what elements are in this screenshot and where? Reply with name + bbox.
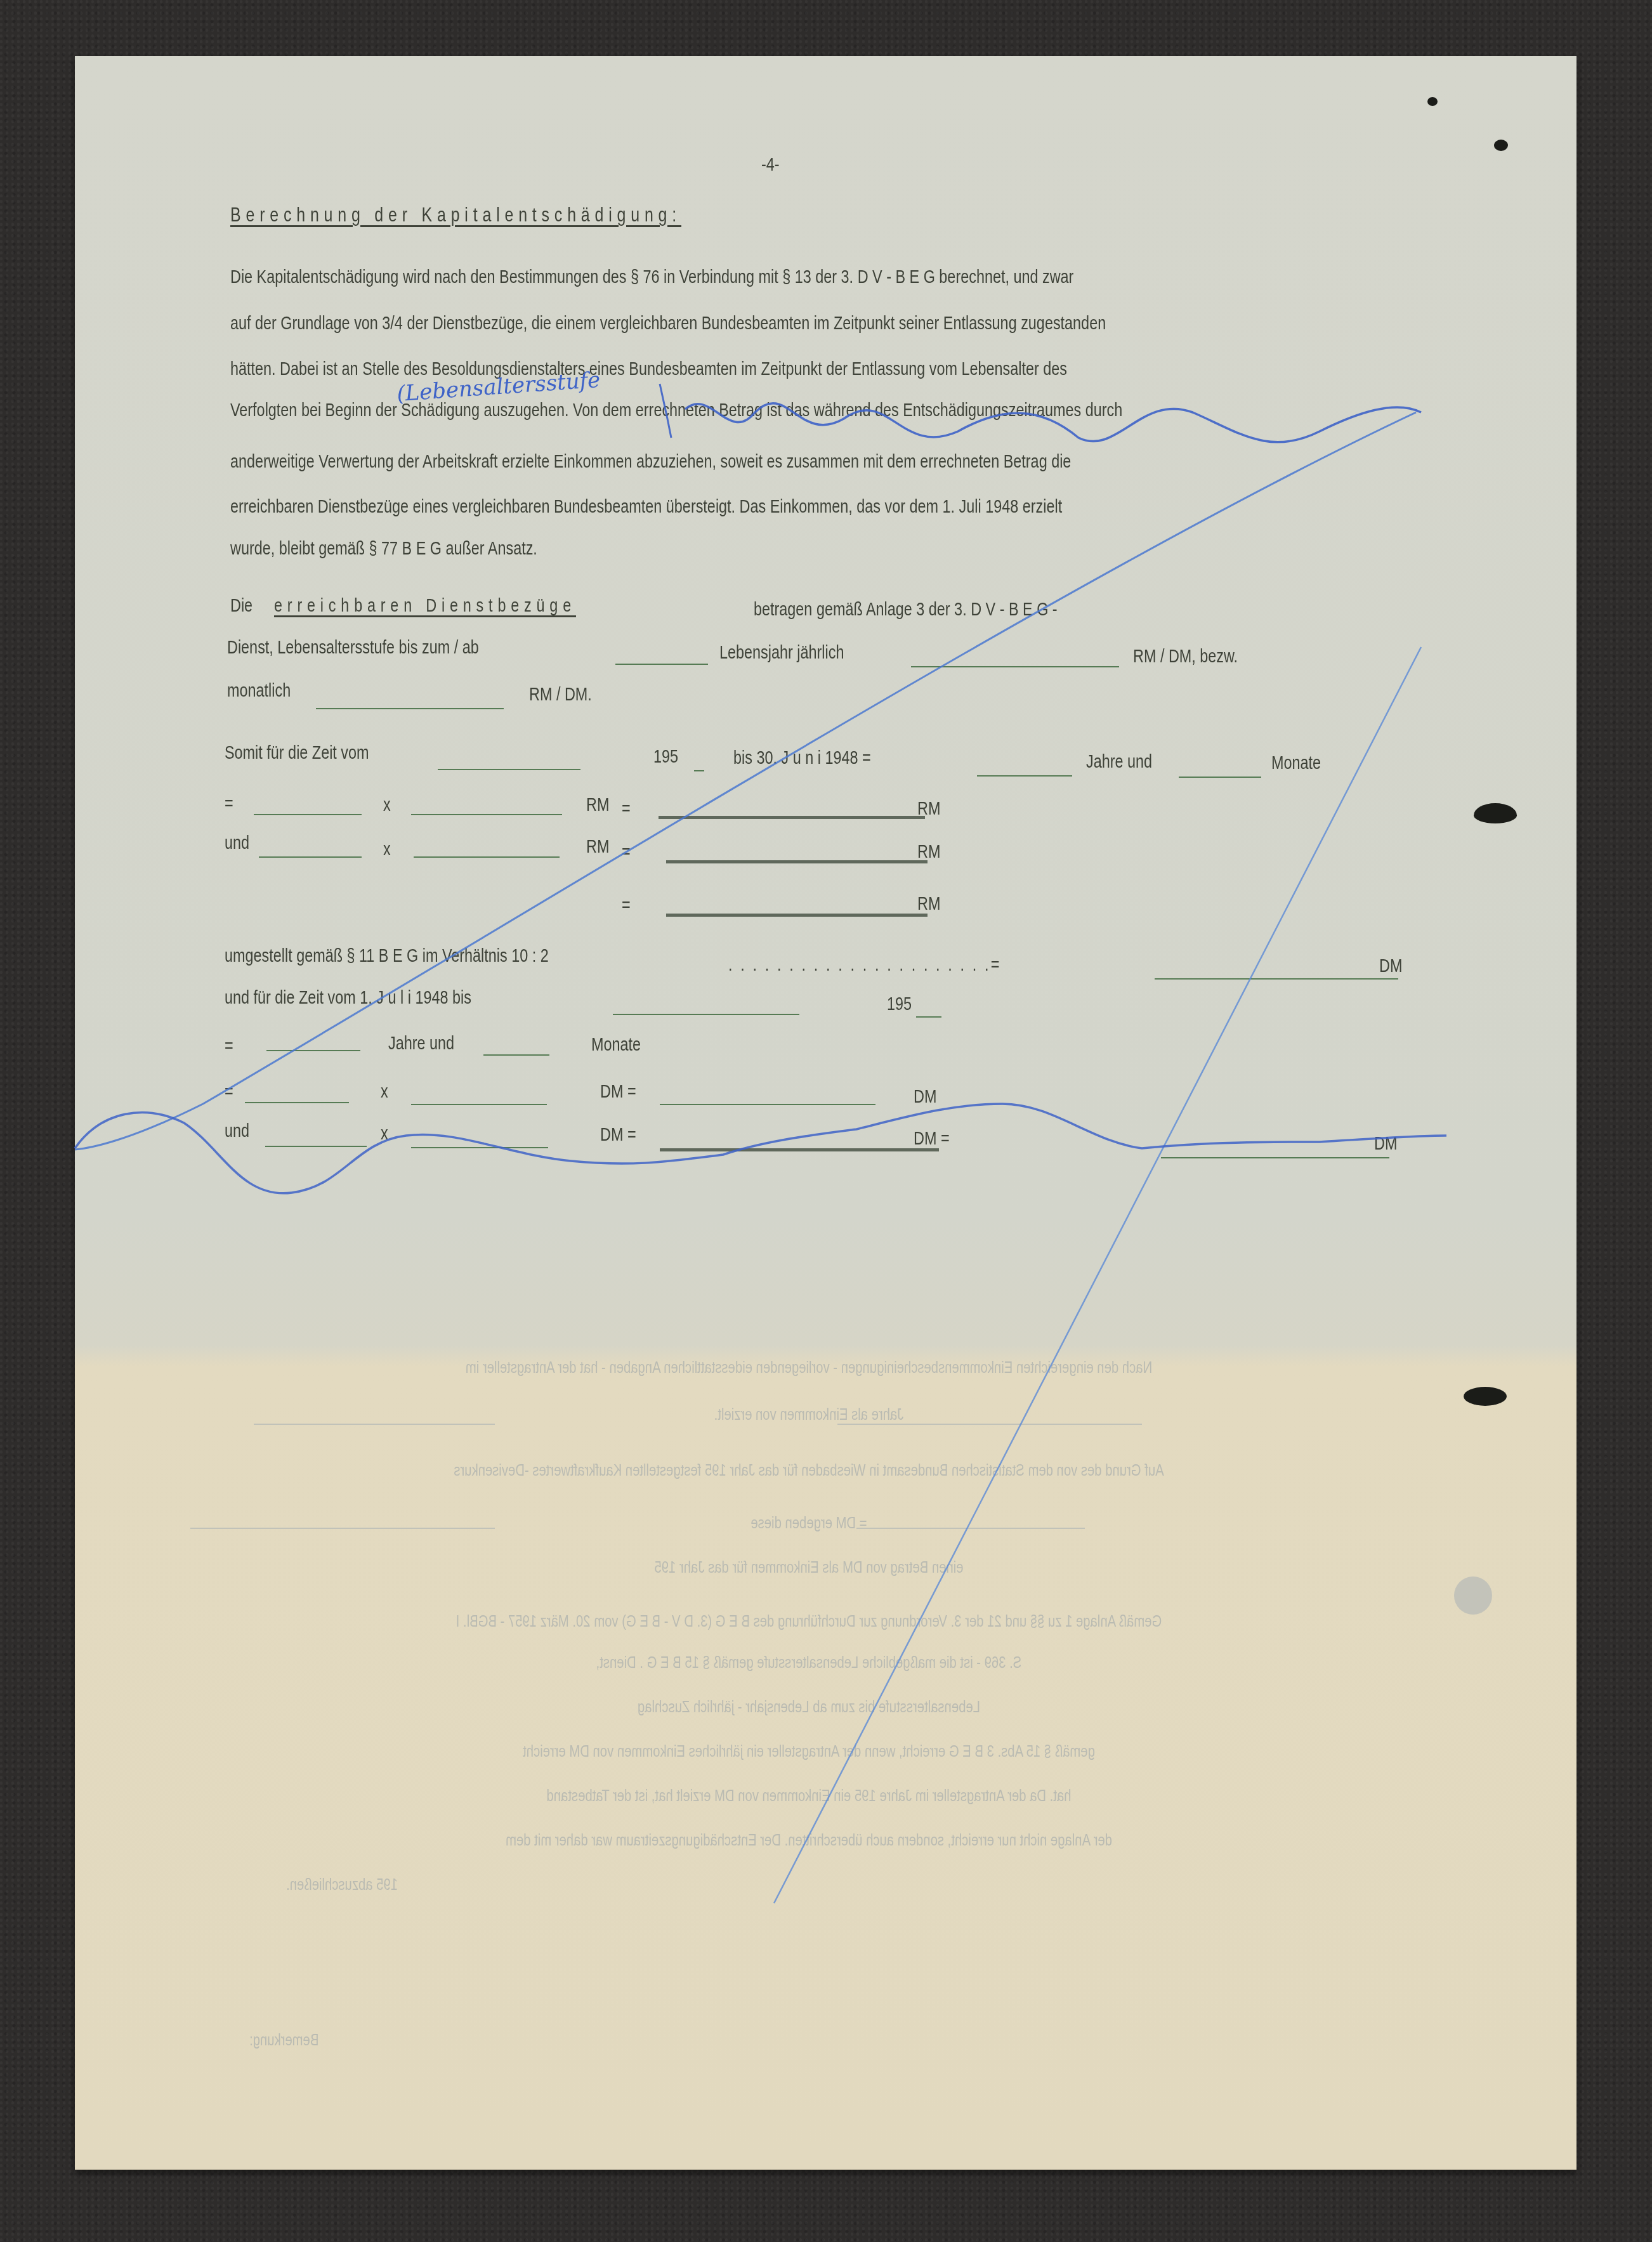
- bleed-through-line: 195 abzuschließen.: [249, 1875, 398, 1894]
- p2r1-times: x: [381, 1081, 388, 1103]
- period2-months-label: Monate: [591, 1034, 641, 1056]
- p2r2-rate-field[interactable]: [411, 1147, 548, 1148]
- p1r3-total-field[interactable]: [666, 914, 928, 917]
- period1-months-field[interactable]: [1179, 777, 1261, 778]
- p2r2-times: x: [381, 1123, 388, 1144]
- bleed-through-line: Lebensaltersstufe bis zum ab Lebensjahr …: [356, 1697, 1261, 1717]
- paragraph-line: anderweitige Verwertung der Arbeitskraft…: [230, 451, 1071, 473]
- period2-months-field[interactable]: [483, 1054, 549, 1056]
- annual-unit-label: RM / DM, bezw.: [1133, 646, 1238, 667]
- bleed-through-label: Bemerkung:: [240, 2030, 319, 2050]
- conversion-text: umgestellt gemäß § 11 B E G im Verhältni…: [225, 945, 549, 967]
- lebensjahr-label: Lebensjahr jährlich: [719, 642, 844, 664]
- period2-end-date-field[interactable]: [613, 1014, 799, 1015]
- p1r2-rm2: RM: [917, 841, 940, 863]
- bleed-through-rule: [254, 1424, 495, 1425]
- bleed-through-line: der Anlage nicht nur erreicht, sondern a…: [356, 1830, 1261, 1850]
- p2r1-dm: DM =: [600, 1081, 636, 1103]
- period1-years-field[interactable]: [977, 775, 1072, 777]
- dienstbezuege-suffix: betragen gemäß Anlage 3 der 3. D V - B E…: [754, 599, 1058, 620]
- p2r1-result-field[interactable]: [660, 1104, 875, 1105]
- punch-hole-bottom: [1464, 1387, 1507, 1406]
- dienstbezuege-prefix: Die: [230, 595, 252, 617]
- p1r1-eq: =: [225, 793, 233, 815]
- p2r2-result-field[interactable]: [660, 1148, 939, 1151]
- bleed-through-line: Jahre als Einkommen von erzielt.: [356, 1405, 1261, 1424]
- p1r1-result-field[interactable]: [659, 816, 925, 819]
- dienst-lebensaltersstufe-label: Dienst, Lebensaltersstufe bis zum / ab: [227, 637, 479, 659]
- p1r2-result-field[interactable]: [666, 860, 928, 863]
- bleed-through-rule: [837, 1424, 1142, 1425]
- p1r1-rm: RM: [586, 794, 609, 816]
- bleed-through-line: Auf Grund des von dem Statistischen Bund…: [356, 1460, 1261, 1480]
- bleed-through-line: Gemäß Anlage 1 zu §§ und 21 der 3. Veror…: [356, 1611, 1261, 1631]
- paragraph-line: Verfolgten bei Beginn der Schädigung aus…: [230, 400, 1122, 421]
- monthly-unit-label: RM / DM.: [529, 684, 592, 705]
- paragraph-line: wurde, bleibt gemäß § 77 B E G außer Ans…: [230, 538, 537, 560]
- p1r1-rate-field[interactable]: [411, 814, 562, 815]
- p1r2-factor-field[interactable]: [259, 856, 362, 858]
- bleed-through-line: gemäß § 15 Abs. 3 B E G erreicht, wenn d…: [356, 1741, 1261, 1761]
- ink-speck: [1427, 97, 1438, 106]
- p2r1-eq: =: [225, 1081, 233, 1103]
- p1r1-rm2: RM: [917, 798, 940, 820]
- p2r2-total-field[interactable]: [1161, 1157, 1389, 1158]
- p1r1-factor-field[interactable]: [254, 814, 362, 815]
- dienstbezuege-emphasis: erreichbaren Dienstbezüge: [274, 595, 576, 617]
- p1r2-eq: =: [622, 841, 631, 863]
- p1r3-eq: =: [622, 895, 631, 916]
- p2r2-dm2: DM =: [914, 1128, 950, 1150]
- p1r3-rm: RM: [917, 893, 940, 915]
- period1-year-prefix: 195: [653, 746, 678, 768]
- faded-stamp-circle: [1454, 1577, 1492, 1615]
- period2-year-suffix-field[interactable]: [916, 1016, 941, 1018]
- bleed-through-rule: [190, 1528, 495, 1529]
- p2r0-eq: =: [225, 1035, 233, 1057]
- bleed-through-line: Nach den eingereichten Einkommensbeschei…: [356, 1358, 1261, 1377]
- conversion-unit: DM: [1379, 955, 1402, 977]
- bleed-through-line: = DM ergeben diese: [356, 1513, 1261, 1533]
- p2r1-dm2: DM: [914, 1086, 936, 1108]
- monthly-amount-field[interactable]: [316, 708, 504, 709]
- p1r1-eq2: =: [622, 798, 631, 820]
- bleed-through-line: einen Betrag von DM als Einkommen für da…: [356, 1557, 1261, 1577]
- period2-years-field[interactable]: [266, 1050, 360, 1051]
- page-number: -4-: [761, 154, 780, 176]
- bleed-through-line: hat. Da der Antragsteller im Jahre 195 e…: [356, 1786, 1261, 1806]
- period2-years-label: Jahre und: [388, 1033, 454, 1054]
- monthly-label: monatlich: [227, 680, 291, 702]
- period1-start-date-field[interactable]: [438, 769, 580, 770]
- p2r2-dm: DM =: [600, 1124, 636, 1146]
- p1r2-und: und: [225, 832, 249, 854]
- bleed-through-line: S. 369 - ist die maßgebliche Lebensalter…: [356, 1653, 1261, 1672]
- section-heading: Berechnung der Kapitalentschädigung:: [230, 203, 681, 226]
- annual-amount-field[interactable]: [911, 666, 1119, 667]
- period2-label: und für die Zeit vom 1. J u l i 1948 bis: [225, 987, 471, 1009]
- period1-until: bis 30. J u n i 1948 =: [733, 747, 871, 769]
- paragraph-line: Die Kapitalentschädigung wird nach den B…: [230, 266, 1073, 288]
- p1r1-times: x: [383, 794, 391, 816]
- punch-hole-top: [1474, 803, 1517, 823]
- ink-speck: [1494, 140, 1508, 151]
- period1-year-suffix-field[interactable]: [694, 770, 704, 771]
- p1r2-times: x: [383, 839, 391, 860]
- p1r2-rm: RM: [586, 836, 609, 858]
- lebensjahr-field[interactable]: [615, 664, 708, 665]
- p2r1-factor-field[interactable]: [245, 1102, 349, 1103]
- p2r1-rate-field[interactable]: [411, 1104, 547, 1105]
- p2r2-und: und: [225, 1120, 249, 1142]
- period1-years-label: Jahre und: [1086, 751, 1152, 773]
- period1-months-label: Monate: [1271, 752, 1321, 774]
- p1r2-rate-field[interactable]: [414, 856, 560, 858]
- paragraph-line: erreichbaren Dienstbezüge eines vergleic…: [230, 496, 1062, 518]
- paragraph-line: auf der Grundlage von 3/4 der Dienstbezü…: [230, 313, 1106, 334]
- bleed-through-rule: [856, 1528, 1085, 1529]
- period1-label: Somit für die Zeit vom: [225, 742, 369, 764]
- conversion-result-field[interactable]: [1155, 978, 1398, 980]
- conversion-dots: . . . . . . . . . . . . . . . . . . . . …: [728, 954, 1002, 976]
- paragraph-line: hätten. Dabei ist an Stelle des Besoldun…: [230, 358, 1067, 380]
- period2-year-prefix: 195: [887, 993, 912, 1015]
- p2r2-dm3: DM: [1374, 1133, 1397, 1155]
- p2r2-factor-field[interactable]: [265, 1146, 367, 1147]
